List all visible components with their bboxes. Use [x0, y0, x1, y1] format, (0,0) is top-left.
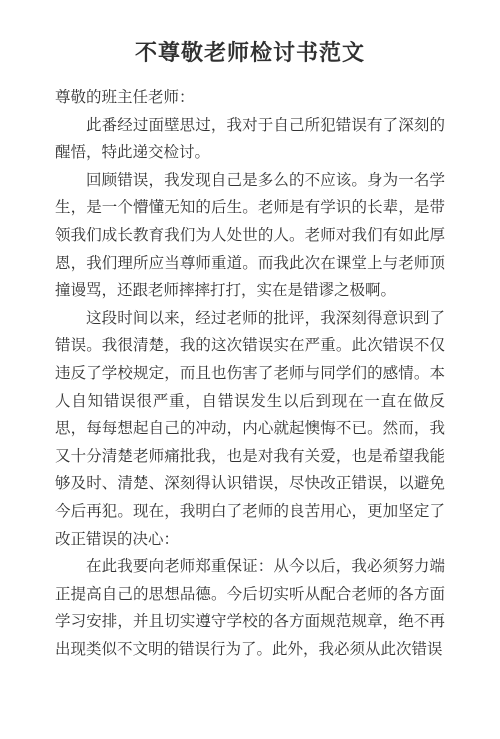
document-title: 不尊敬老师检讨书范文	[0, 38, 500, 68]
paragraph-4: 在此我要向老师郑重保证：从今以后，我必须努力端正提高自己的思想品德。今后切实听从…	[55, 553, 445, 663]
paragraph-3: 这段时间以来，经过老师的批评，我深刻得意识到了错误。我很清楚，我的这次错误实在严…	[55, 305, 445, 553]
document-page: 不尊敬老师检讨书范文 尊敬的班主任老师： 此番经过面壁思过，我对于自己所犯错误有…	[0, 0, 500, 739]
paragraph-2: 回顾错误，我发现自己是多么的不应该。身为一名学生，是一个懵懂无知的后生。老师是有…	[55, 167, 445, 305]
paragraph-1: 此番经过面壁思过，我对于自己所犯错误有了深刻的醒悟，特此递交检讨。	[55, 112, 445, 167]
document-body: 尊敬的班主任老师： 此番经过面壁思过，我对于自己所犯错误有了深刻的醒悟，特此递交…	[55, 84, 445, 663]
salutation-line: 尊敬的班主任老师：	[55, 84, 445, 112]
